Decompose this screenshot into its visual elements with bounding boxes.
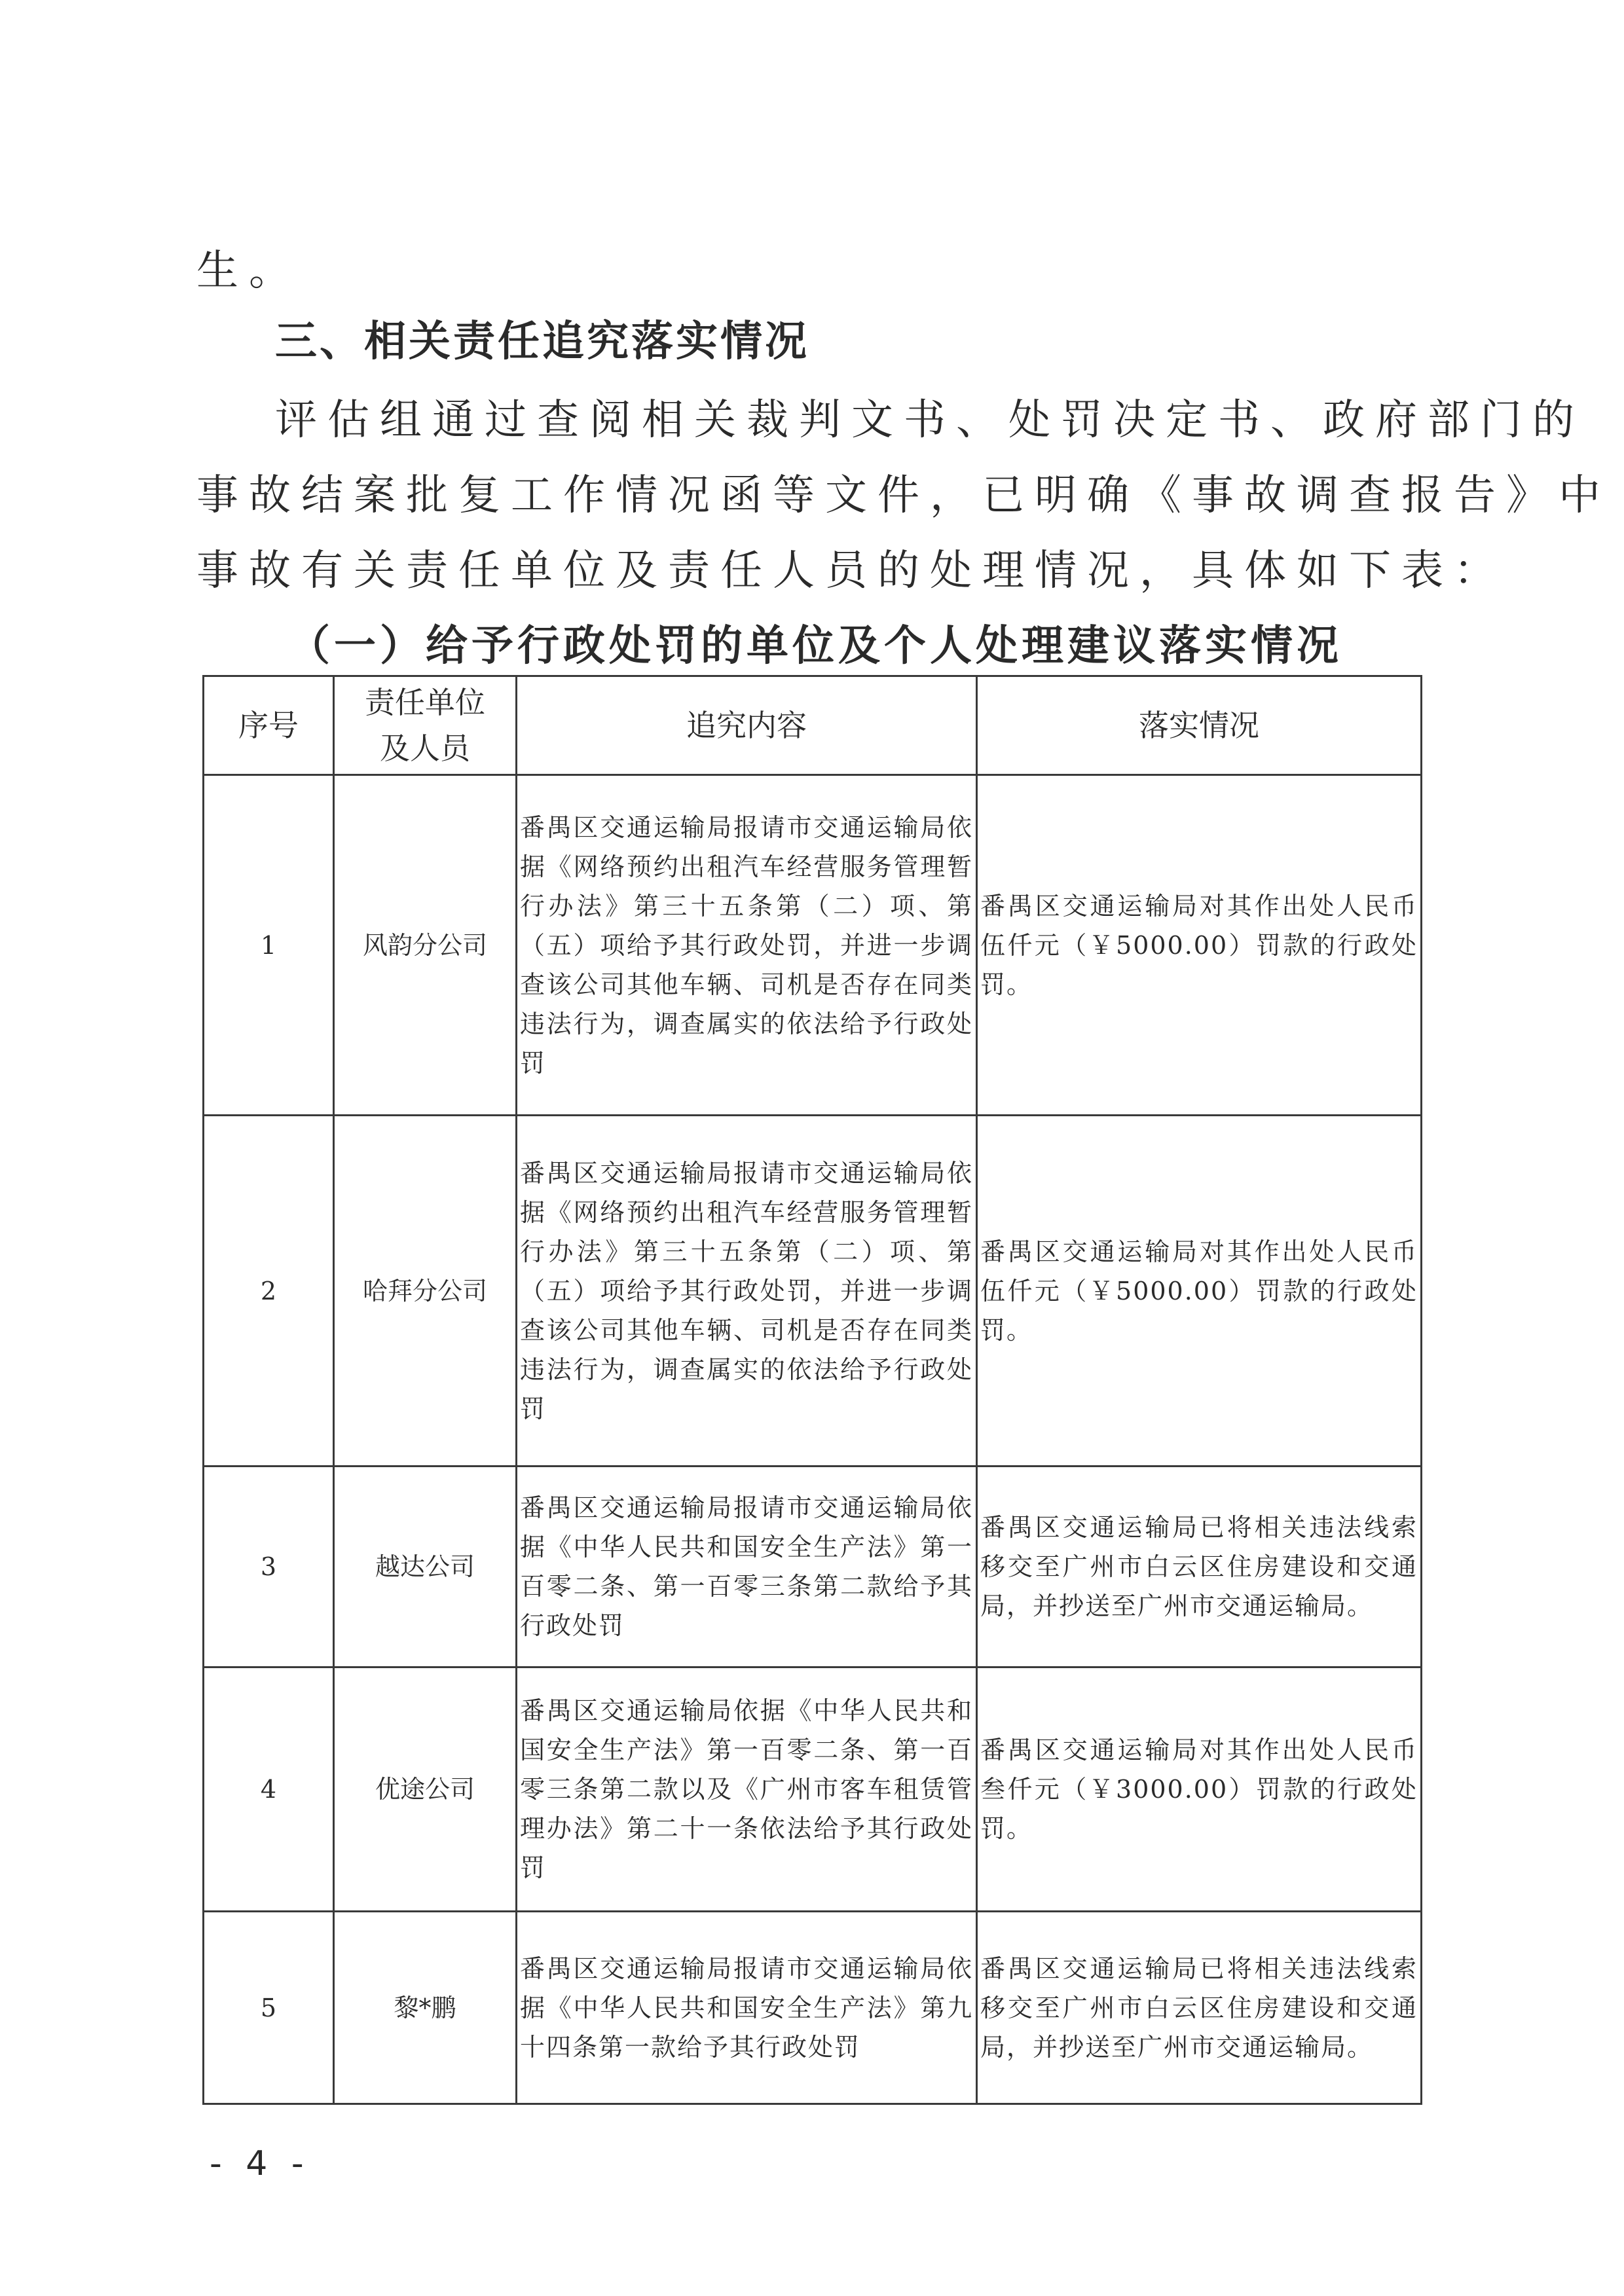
row-party: 黎*鹏 bbox=[334, 1912, 517, 2104]
intro-line-2: 事故结案批复工作情况函等文件，已明确《事故调查报告》中 bbox=[196, 462, 1611, 522]
row-party: 越达公司 bbox=[334, 1467, 517, 1667]
section-heading: 三、相关责任追究落实情况 bbox=[275, 308, 809, 368]
table-subheading: （一）给予行政处罚的单位及个人处理建议落实情况 bbox=[288, 612, 1342, 672]
row-party: 优途公司 bbox=[334, 1667, 517, 1912]
row-serial: 5 bbox=[204, 1912, 334, 2104]
table-header-row: 序号 责任单位 及人员 追究内容 落实情况 bbox=[204, 676, 1422, 775]
row-result: 番禺区交通运输局对其作出处人民币叁仟元（￥3000.00）罚款的行政处罚。 bbox=[977, 1667, 1422, 1912]
header-accountability-content: 追究内容 bbox=[517, 676, 977, 775]
table-row: 1 风韵分公司 番禺区交通运输局报请市交通运输局依据《网络预约出租汽车经营服务管… bbox=[204, 775, 1422, 1116]
table-row: 4 优途公司 番禺区交通运输局依据《中华人民共和国安全生产法》第一百零二条、第一… bbox=[204, 1667, 1422, 1912]
row-party: 风韵分公司 bbox=[334, 775, 517, 1116]
penalty-implementation-table: 序号 责任单位 及人员 追究内容 落实情况 1 风韵分公司 番禺区交通运输局报请… bbox=[202, 675, 1422, 2105]
header-responsible-line-1: 责任单位 bbox=[337, 680, 513, 725]
row-result: 番禺区交通运输局对其作出处人民币伍仟元（￥5000.00）罚款的行政处罚。 bbox=[977, 1116, 1422, 1467]
row-content: 番禺区交通运输局依据《中华人民共和国安全生产法》第一百零二条、第一百零三条第二款… bbox=[517, 1667, 977, 1912]
row-result: 番禺区交通运输局对其作出处人民币伍仟元（￥5000.00）罚款的行政处罚。 bbox=[977, 775, 1422, 1116]
table-row: 5 黎*鹏 番禺区交通运输局报请市交通运输局依据《中华人民共和国安全生产法》第九… bbox=[204, 1912, 1422, 2104]
intro-line-1: 评估组通过查阅相关裁判文书、处罚决定书、政府部门的 bbox=[275, 386, 1585, 446]
intro-line-3: 事故有关责任单位及责任人员的处理情况，具体如下表： bbox=[196, 537, 1506, 597]
header-responsible-line-2: 及人员 bbox=[337, 725, 513, 771]
table-row: 2 哈拜分公司 番禺区交通运输局报请市交通运输局依据《网络预约出租汽车经营服务管… bbox=[204, 1116, 1422, 1467]
row-party: 哈拜分公司 bbox=[334, 1116, 517, 1467]
page-number: - 4 - bbox=[210, 2144, 310, 2183]
row-serial: 3 bbox=[204, 1467, 334, 1667]
row-serial: 4 bbox=[204, 1667, 334, 1912]
row-result: 番禺区交通运输局已将相关违法线索移交至广州市白云区住房建设和交通局，并抄送至广州… bbox=[977, 1912, 1422, 2104]
row-content: 番禺区交通运输局报请市交通运输局依据《中华人民共和国安全生产法》第一百零二条、第… bbox=[517, 1467, 977, 1667]
row-serial: 1 bbox=[204, 775, 334, 1116]
continuation-text: 生。 bbox=[196, 237, 301, 297]
table-row: 3 越达公司 番禺区交通运输局报请市交通运输局依据《中华人民共和国安全生产法》第… bbox=[204, 1467, 1422, 1667]
row-content: 番禺区交通运输局报请市交通运输局依据《网络预约出租汽车经营服务管理暂行办法》第三… bbox=[517, 1116, 977, 1467]
row-content: 番禺区交通运输局报请市交通运输局依据《网络预约出租汽车经营服务管理暂行办法》第三… bbox=[517, 775, 977, 1116]
header-responsible-party: 责任单位 及人员 bbox=[334, 676, 517, 775]
row-result: 番禺区交通运输局已将相关违法线索移交至广州市白云区住房建设和交通局，并抄送至广州… bbox=[977, 1467, 1422, 1667]
row-serial: 2 bbox=[204, 1116, 334, 1467]
header-serial: 序号 bbox=[204, 676, 334, 775]
row-content: 番禺区交通运输局报请市交通运输局依据《中华人民共和国安全生产法》第九十四条第一款… bbox=[517, 1912, 977, 2104]
header-implementation-status: 落实情况 bbox=[977, 676, 1422, 775]
